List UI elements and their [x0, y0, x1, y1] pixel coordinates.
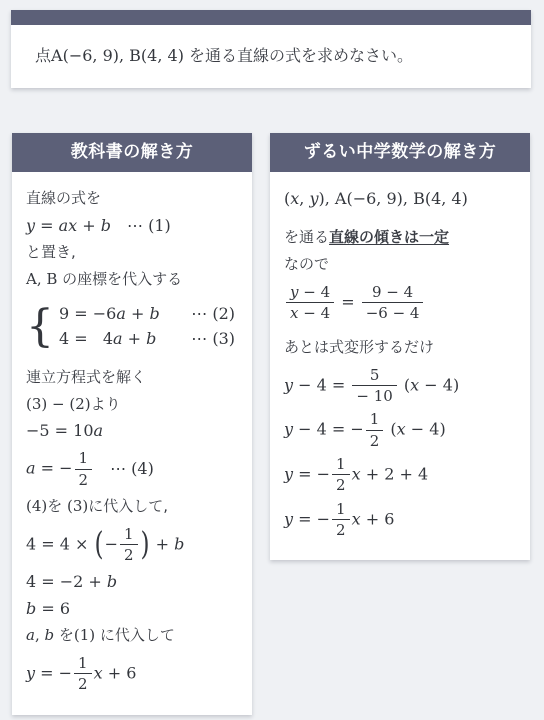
textbook-method-title: 教科書の解き方 [12, 133, 252, 172]
textbook-method-card: 教科書の解き方 直線の式をy = ax + b⋯ (1)と置き,A, B の座標… [12, 133, 252, 715]
text-line: なので [284, 252, 516, 278]
math-line: y = ax + b⋯ (1) [26, 213, 238, 239]
math-line: 4 = −2 + b [26, 569, 238, 595]
sneaky-method-card: ずるい中学数学の解き方 (x, y), A(−6, 9), B(4, 4)を通る… [270, 133, 530, 560]
text-line: 直線の式を [26, 186, 238, 212]
solution-columns: 教科書の解き方 直線の式をy = ax + b⋯ (1)と置き,A, B の座標… [12, 133, 530, 715]
text-line: (3) − (2)より [26, 392, 238, 418]
text-line: (4)を (3)に代入して, [26, 494, 238, 520]
text-line: あとは式変形するだけ [284, 335, 516, 361]
math-line: b = 6 [26, 596, 238, 622]
math-line: 4 = 4 × (−12) + b [26, 525, 238, 565]
math-line: y = −12x + 6 [26, 654, 238, 694]
text-line: と置き, [26, 240, 238, 266]
textbook-method-body: 直線の式をy = ax + b⋯ (1)と置き,A, B の座標を代入する{9 … [12, 172, 252, 715]
sneaky-method-title: ずるい中学数学の解き方 [270, 133, 530, 172]
math-line: y − 4 = −12 (x − 4) [284, 410, 516, 450]
math-line: (x, y), A(−6, 9), B(4, 4) [284, 186, 516, 212]
math-line: a = −12⋯ (4) [26, 449, 238, 489]
math-line: {9 = −6a + b⋯ (2)4 = 4a + b⋯ (3) [26, 302, 238, 352]
problem-card: 点A(−6, 9), B(4, 4) を通る直線の式を求めなさい。 [11, 10, 531, 88]
text-line: A, B の座標を代入する [26, 267, 238, 293]
math-line: y = −12x + 6 [284, 500, 516, 540]
math-line: y − 4 = 5− 10 (x − 4) [284, 366, 516, 406]
text-line: 連立方程式を解く [26, 365, 238, 391]
math-line: y − 4x − 4 = 9 − 4−6 − 4 [284, 283, 516, 323]
problem-statement: 点A(−6, 9), B(4, 4) を通る直線の式を求めなさい。 [11, 25, 531, 88]
math-line: y = −12x + 2 + 4 [284, 455, 516, 495]
problem-card-top-bar [11, 10, 531, 25]
text-line: a, b を(1) に代入して [26, 623, 238, 649]
math-line: −5 = 10a [26, 418, 238, 444]
sneaky-method-body: (x, y), A(−6, 9), B(4, 4)を通る直線の傾きは一定なのでy… [270, 172, 530, 560]
text-line: を通る直線の傾きは一定 [284, 225, 516, 251]
